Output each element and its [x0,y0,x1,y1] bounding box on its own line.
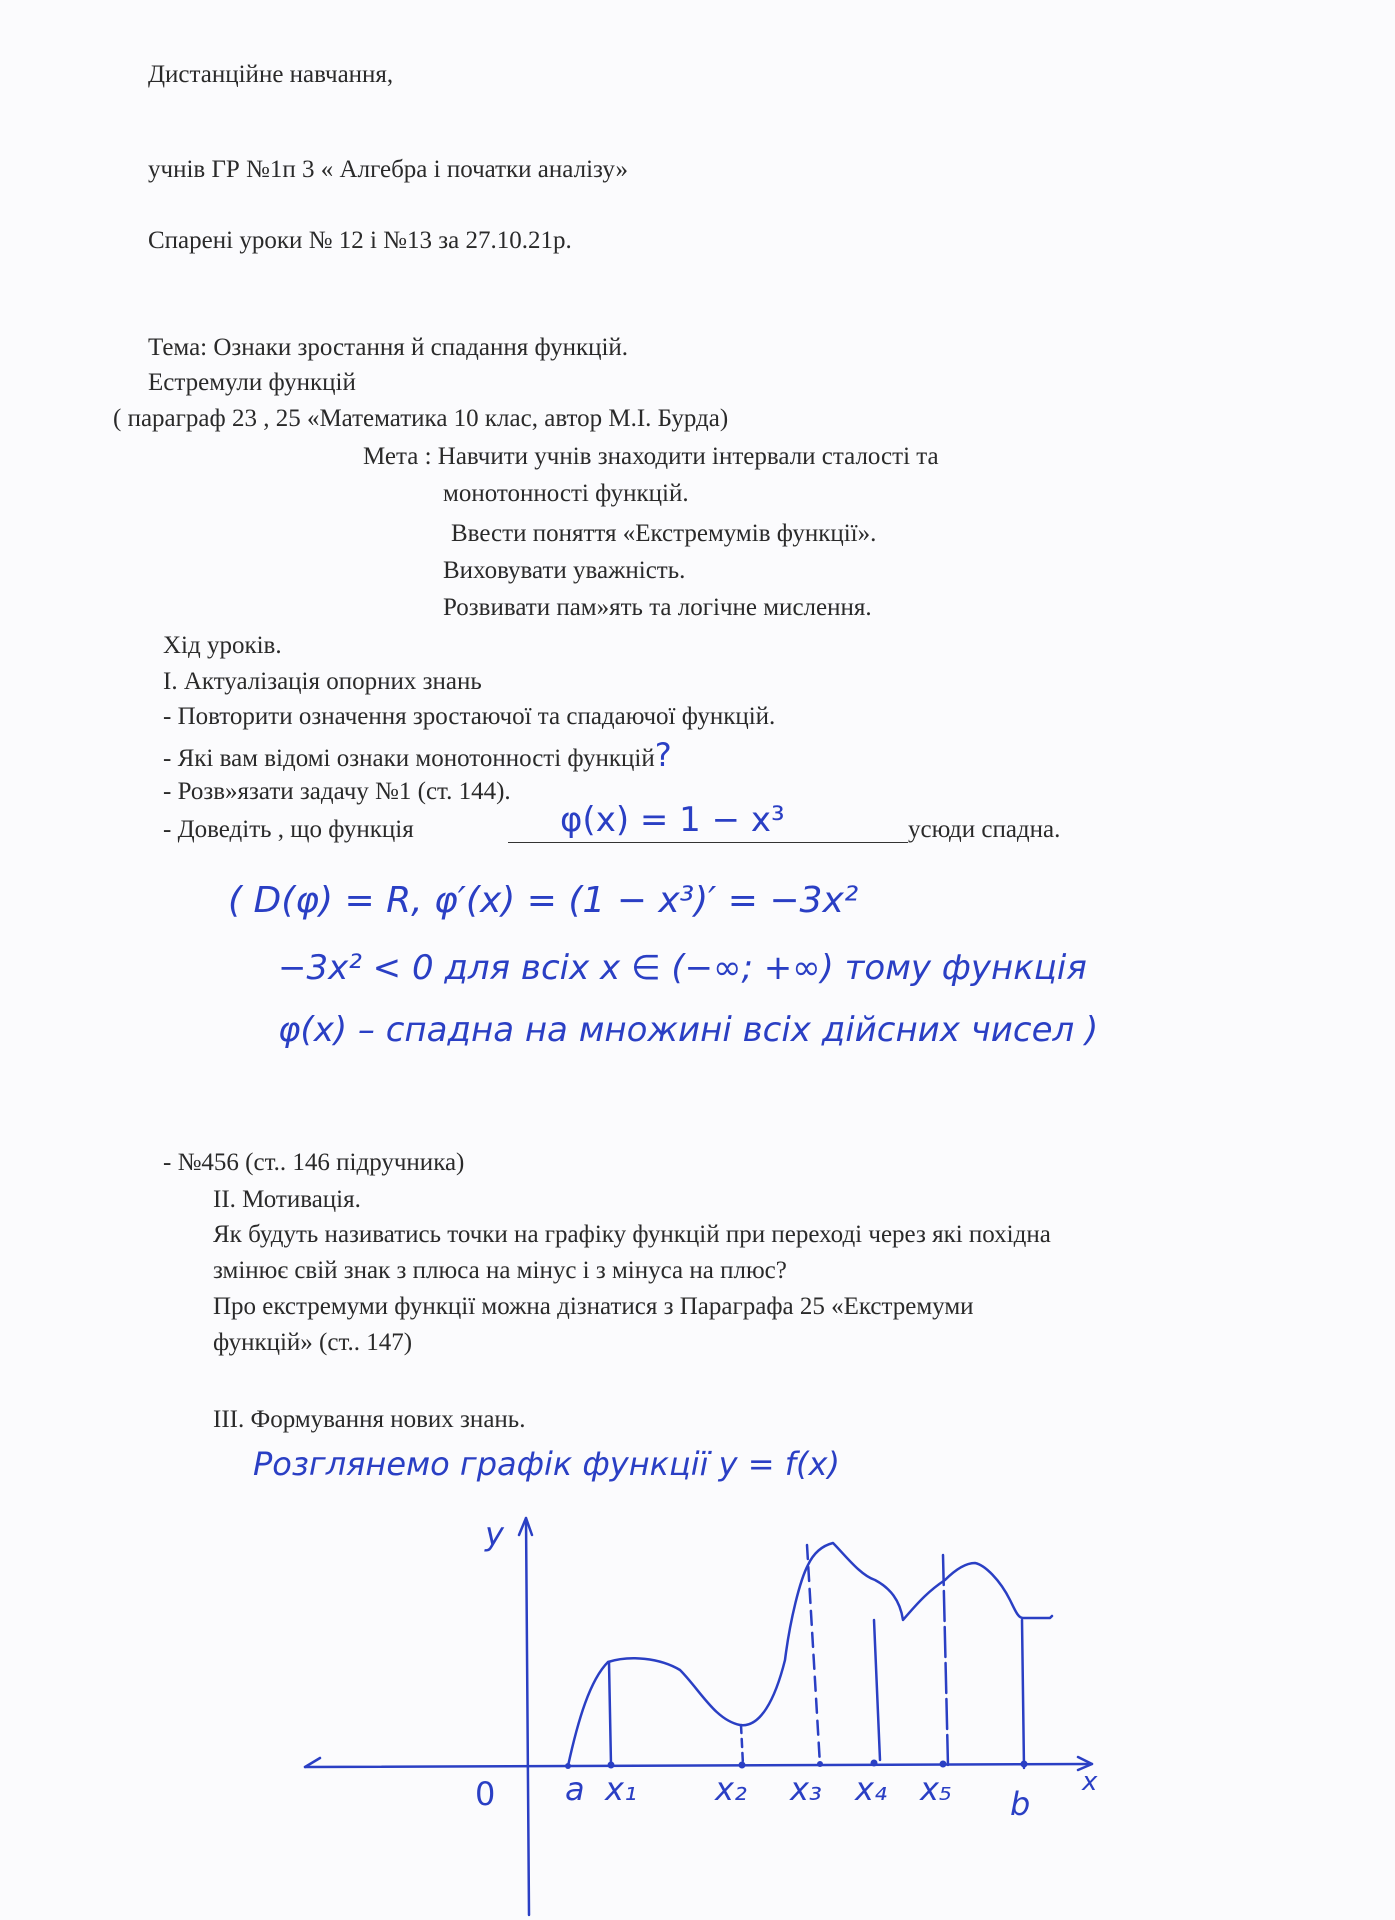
guide-b [1022,1620,1024,1768]
origin-label: 0 [475,1775,495,1813]
function-graph: y x 0 a x₁ x₂ x₃ x₄ x₅ b [0,0,1395,1920]
x-axis [305,1764,1092,1767]
y-axis-label: y [484,1515,505,1553]
guide-x4 [874,1620,880,1760]
x-label-a: a [565,1770,585,1808]
y-axis [526,1518,529,1915]
x-label-x5: x₅ [919,1770,952,1808]
x-label-x3: x₃ [789,1770,822,1808]
guide-x3 [807,1545,820,1765]
x-label-b: b [1010,1785,1030,1823]
x-label-x4: x₄ [854,1770,887,1808]
guide-x5 [943,1555,948,1766]
x-axis-left-tick [305,1758,320,1767]
guide-x1 [609,1662,611,1765]
x-axis-label: x [1081,1767,1098,1797]
x-label-x2: x₂ [714,1770,747,1808]
guide-x2 [741,1725,743,1765]
x-label-x1: x₁ [604,1770,637,1808]
